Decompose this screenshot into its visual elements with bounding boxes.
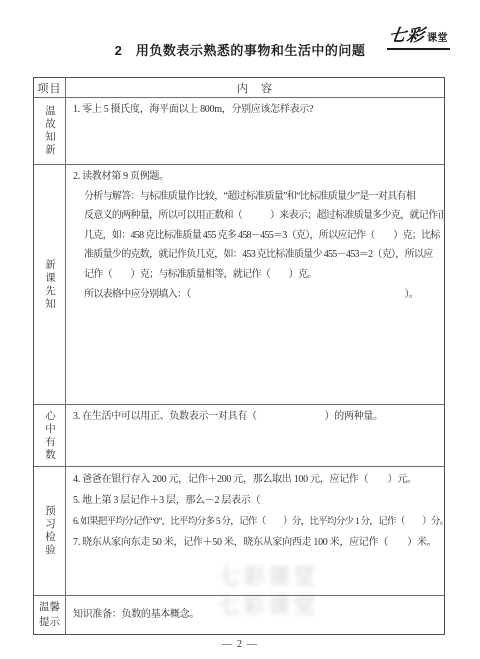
section-label-cell: 温馨 提示 bbox=[34, 596, 66, 634]
section-label-text: 预习检验 bbox=[42, 505, 57, 557]
section-label-text: 温馨 提示 bbox=[39, 600, 60, 630]
section-content-cell: 1. 零上 5 摄氏度，海平面以上 800m，分别应该怎样表示? bbox=[66, 98, 444, 164]
content-line: 5. 地上第 3 层记作＋3 层，那么－2 层表示（ ）。 bbox=[73, 490, 440, 511]
content-line: 7. 晓东从家向东走 50 米，记作＋50 米，晓东从家向西走 100 米，应记… bbox=[73, 532, 440, 553]
header-item-column: 项目 bbox=[34, 78, 66, 97]
section-label-text: 新课先知 bbox=[42, 259, 57, 311]
page-title: 2 用负数表示熟悉的事物和生活中的问题 bbox=[0, 40, 480, 59]
section-content-cell: 4. 爸爸在银行存入 200 元，记作＋200 元，那么取出 100 元，应记作… bbox=[66, 467, 444, 595]
content-line: 反意义的两种量，所以可以用正数和（ ）来表示；超过标准质量多少克，就记作正 bbox=[73, 206, 440, 226]
section-row-tips: 温馨 提示 知识准备：负数的基本概念。 bbox=[34, 595, 444, 634]
section-row-review: 温故知新 1. 零上 5 摄氏度，海平面以上 800m，分别应该怎样表示? bbox=[34, 97, 444, 164]
section-row-new-lesson: 新课先知 2. 读教材第 9 页例题。 分析与解答：与标准质量作比较，“超过标准… bbox=[34, 164, 444, 404]
content-line: 记作（ ）克；与标准质量相等，就记作（ ）克。 bbox=[73, 265, 440, 285]
content-line: 几克，如：458 克比标准质量 455 克多 458－455＝3（克），所以应记… bbox=[73, 226, 440, 246]
section-content-cell: 2. 读教材第 9 页例题。 分析与解答：与标准质量作比较，“超过标准质量”和“… bbox=[66, 165, 444, 404]
section-content-cell: 3. 在生活中可以用正、负数表示一对具有（ ）的两种量。 bbox=[66, 405, 444, 466]
worksheet-page: 七彩 课堂 2 用负数表示熟悉的事物和生活中的问题 七彩课堂 七彩课堂 项目 内… bbox=[0, 0, 480, 659]
content-line: 准质量少的克数，就记作负几克，如：453 克比标准质量少 455－453＝2（克… bbox=[73, 245, 440, 265]
content-line: 所以表格中应分别填入：（ ）。 bbox=[73, 285, 440, 305]
content-line: 知识准备：负数的基本概念。 bbox=[73, 605, 199, 625]
content-line: 4. 爸爸在银行存入 200 元，记作＋200 元，那么取出 100 元，应记作… bbox=[73, 469, 440, 490]
section-label-text: 温故知新 bbox=[42, 105, 57, 157]
content-line: 1. 零上 5 摄氏度，海平面以上 800m，分别应该怎样表示? bbox=[73, 100, 440, 120]
content-line: 2. 读教材第 9 页例题。 bbox=[73, 167, 440, 187]
section-label-text: 心中有数 bbox=[42, 410, 57, 462]
worksheet-table: 项目 内 容 温故知新 1. 零上 5 摄氏度，海平面以上 800m，分别应该怎… bbox=[33, 77, 445, 635]
section-label-cell: 温故知新 bbox=[34, 98, 66, 164]
section-label-line: 温馨 bbox=[39, 600, 60, 615]
section-label-line: 提示 bbox=[39, 615, 60, 630]
table-header-row: 项目 内 容 bbox=[34, 78, 444, 97]
header-content-column: 内 容 bbox=[66, 78, 444, 97]
section-row-key-idea: 心中有数 3. 在生活中可以用正、负数表示一对具有（ ）的两种量。 bbox=[34, 404, 444, 466]
section-label-cell: 新课先知 bbox=[34, 165, 66, 404]
content-line: 6. 如果把平均分记作“0”，比平均分多 5 分，记作（ ）分，比平均分少 1 … bbox=[73, 511, 440, 532]
section-label-cell: 预习检验 bbox=[34, 467, 66, 595]
page-number: — 2 — bbox=[0, 639, 480, 650]
section-row-preview-check: 预习检验 4. 爸爸在银行存入 200 元，记作＋200 元，那么取出 100 … bbox=[34, 466, 444, 595]
section-content-cell: 知识准备：负数的基本概念。 bbox=[66, 596, 444, 634]
content-line: 分析与解答：与标准质量作比较，“超过标准质量”和“比标准质量少”是一对具有相 bbox=[73, 187, 440, 207]
content-line: 3. 在生活中可以用正、负数表示一对具有（ ）的两种量。 bbox=[73, 407, 440, 427]
section-label-cell: 心中有数 bbox=[34, 405, 66, 466]
